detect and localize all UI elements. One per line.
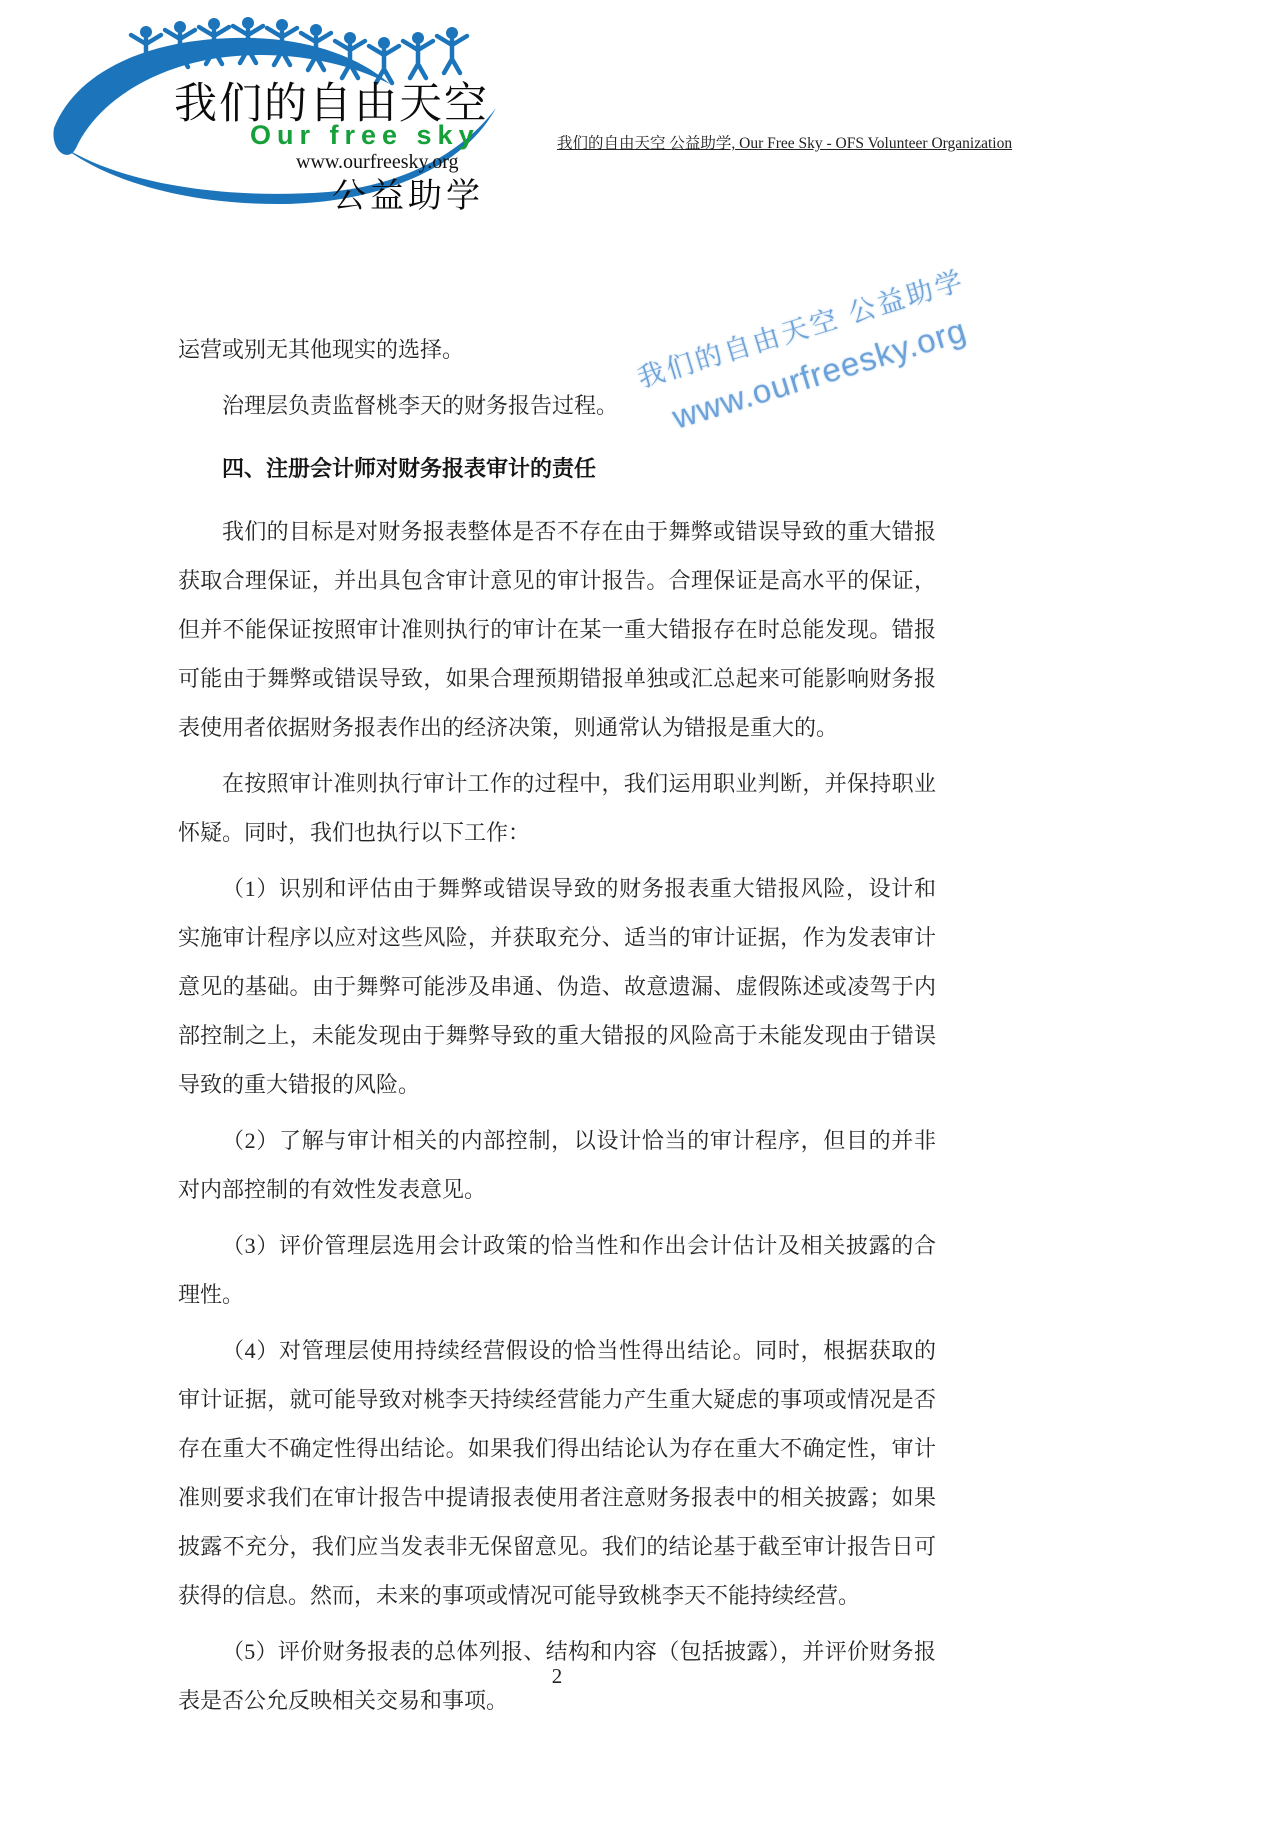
logo-title-en: Our free sky <box>250 120 480 151</box>
paragraph: 治理层负责监督桃李天的财务报告过程。 <box>178 381 936 430</box>
section-heading: 四、注册会计师对财务报表审计的责任 <box>178 444 936 493</box>
paragraph: （2）了解与审计相关的内部控制，以设计恰当的审计程序，但目的并非对内部控制的有效… <box>178 1116 936 1214</box>
page-number: 2 <box>178 1664 936 1689</box>
paragraph: （1）识别和评估由于舞弊或错误导致的财务报表重大错报风险，设计和实施审计程序以应… <box>178 864 936 1109</box>
paragraph: 我们的目标是对财务报表整体是否不存在由于舞弊或错误导致的重大错报获取合理保证，并… <box>178 507 936 752</box>
ofs-logo: 我们的自由天空 Our free sky www.ourfreesky.org … <box>38 10 508 215</box>
document-body: 运营或别无其他现实的选择。 治理层负责监督桃李天的财务报告过程。 四、注册会计师… <box>178 325 936 1725</box>
paragraph: （3）评价管理层选用会计政策的恰当性和作出会计估计及相关披露的合理性。 <box>178 1221 936 1319</box>
scanned-document-page: 我们的自由天空 Our free sky www.ourfreesky.org … <box>0 0 1269 1821</box>
paragraph: 运营或别无其他现实的选择。 <box>178 325 936 374</box>
header-org-line: 我们的自由天空 公益助学, Our Free Sky - OFS Volunte… <box>557 131 1012 153</box>
logo-subtitle-cn: 公益助学 <box>332 168 484 217</box>
paragraph: 在按照审计准则执行审计工作的过程中，我们运用职业判断，并保持职业怀疑。同时，我们… <box>178 759 936 857</box>
stick-figure-icon <box>437 27 467 73</box>
paragraph: （4）对管理层使用持续经营假设的恰当性得出结论。同时，根据获取的审计证据，就可能… <box>178 1326 936 1620</box>
